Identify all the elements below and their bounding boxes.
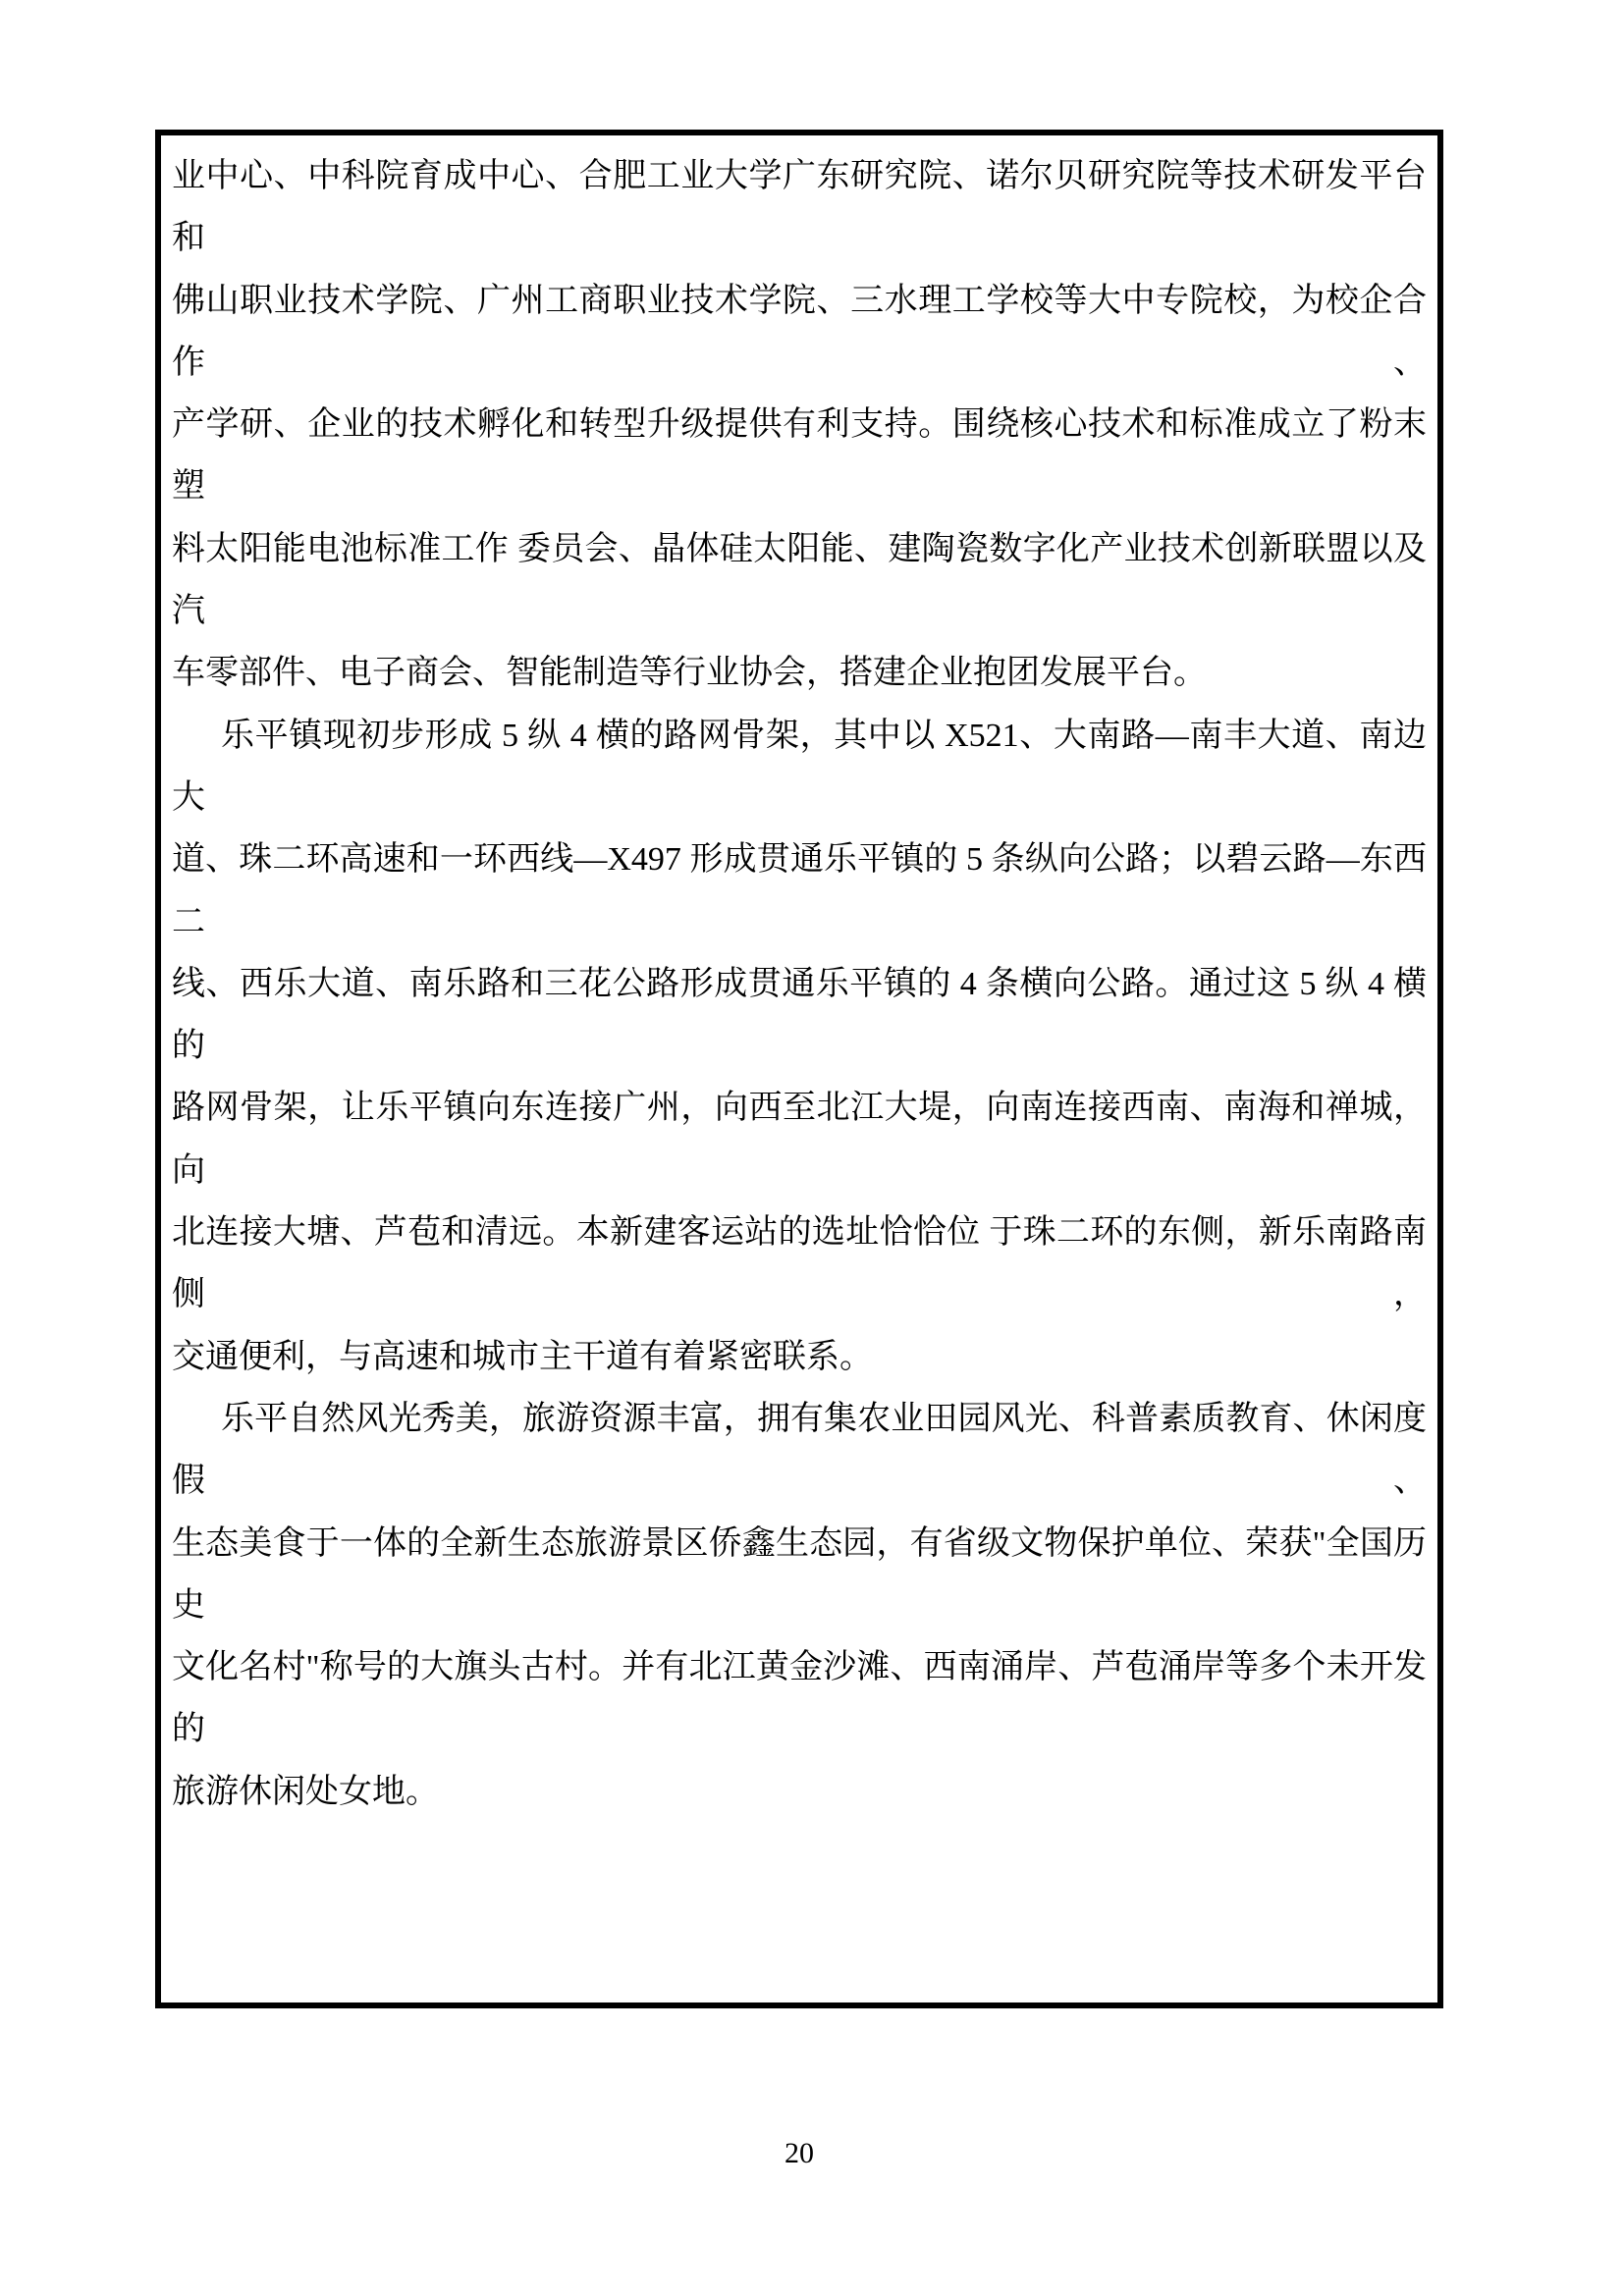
text-line: 旅游休闲处女地。 (172, 1761, 1427, 1823)
paragraph-3: 乐平自然风光秀美，旅游资源丰富，拥有集农业田园风光、科普素质教育、休闲度假、 生… (172, 1388, 1427, 1823)
text-line: 产学研、企业的技术孵化和转型升级提供有利支持。围绕核心技术和标准成立了粉末塑 (172, 394, 1427, 518)
text-line: 北连接大塘、芦苞和清远。本新建客运站的选址恰恰位 于珠二环的东侧，新乐南路南侧， (172, 1201, 1427, 1326)
paragraph-1: 业中心、中科院育成中心、合肥工业大学广东研究院、诺尔贝研究院等技术研发平台和 佛… (172, 145, 1427, 705)
text-line: 交通便利，与高速和城市主干道有着紧密联系。 (172, 1326, 1427, 1388)
text-line: 料太阳能电池标准工作 委员会、晶体硅太阳能、建陶瓷数字化产业技术创新联盟以及汽 (172, 518, 1427, 643)
text-line: 乐平自然风光秀美，旅游资源丰富，拥有集农业田园风光、科普素质教育、休闲度假、 (172, 1388, 1427, 1513)
text-line: 线、西乐大道、南乐路和三花公路形成贯通乐平镇的 4 条横向公路。通过这 5 纵 … (172, 953, 1427, 1078)
text-line: 道、珠二环高速和一环西线—X497 形成贯通乐平镇的 5 条纵向公路；以碧云路—… (172, 828, 1427, 953)
text-line: 乐平镇现初步形成 5 纵 4 横的路网骨架，其中以 X521、大南路—南丰大道、… (172, 705, 1427, 829)
document-page: { "document": { "paragraphs": [ { "lines… (0, 0, 1624, 2296)
document-border-box: 业中心、中科院育成中心、合肥工业大学广东研究院、诺尔贝研究院等技术研发平台和 佛… (155, 130, 1443, 2008)
text-line: 生态美食于一体的全新生态旅游景区侨鑫生态园，有省级文物保护单位、荣获"全国历史 (172, 1513, 1427, 1637)
paragraph-2: 乐平镇现初步形成 5 纵 4 横的路网骨架，其中以 X521、大南路—南丰大道、… (172, 705, 1427, 1388)
page-number: 20 (155, 2134, 1443, 2173)
text-line: 路网骨架，让乐平镇向东连接广州，向西至北江大堤，向南连接西南、南海和禅城，向 (172, 1077, 1427, 1201)
text-line: 业中心、中科院育成中心、合肥工业大学广东研究院、诺尔贝研究院等技术研发平台和 (172, 145, 1427, 270)
text-line: 车零部件、电子商会、智能制造等行业协会，搭建企业抱团发展平台。 (172, 642, 1427, 704)
text-line: 佛山职业技术学院、广州工商职业技术学院、三水理工学校等大中专院校，为校企合作、 (172, 270, 1427, 395)
text-line: 文化名村"称号的大旗头古村。并有北江黄金沙滩、西南涌岸、芦苞涌岸等多个未开发的 (172, 1636, 1427, 1761)
